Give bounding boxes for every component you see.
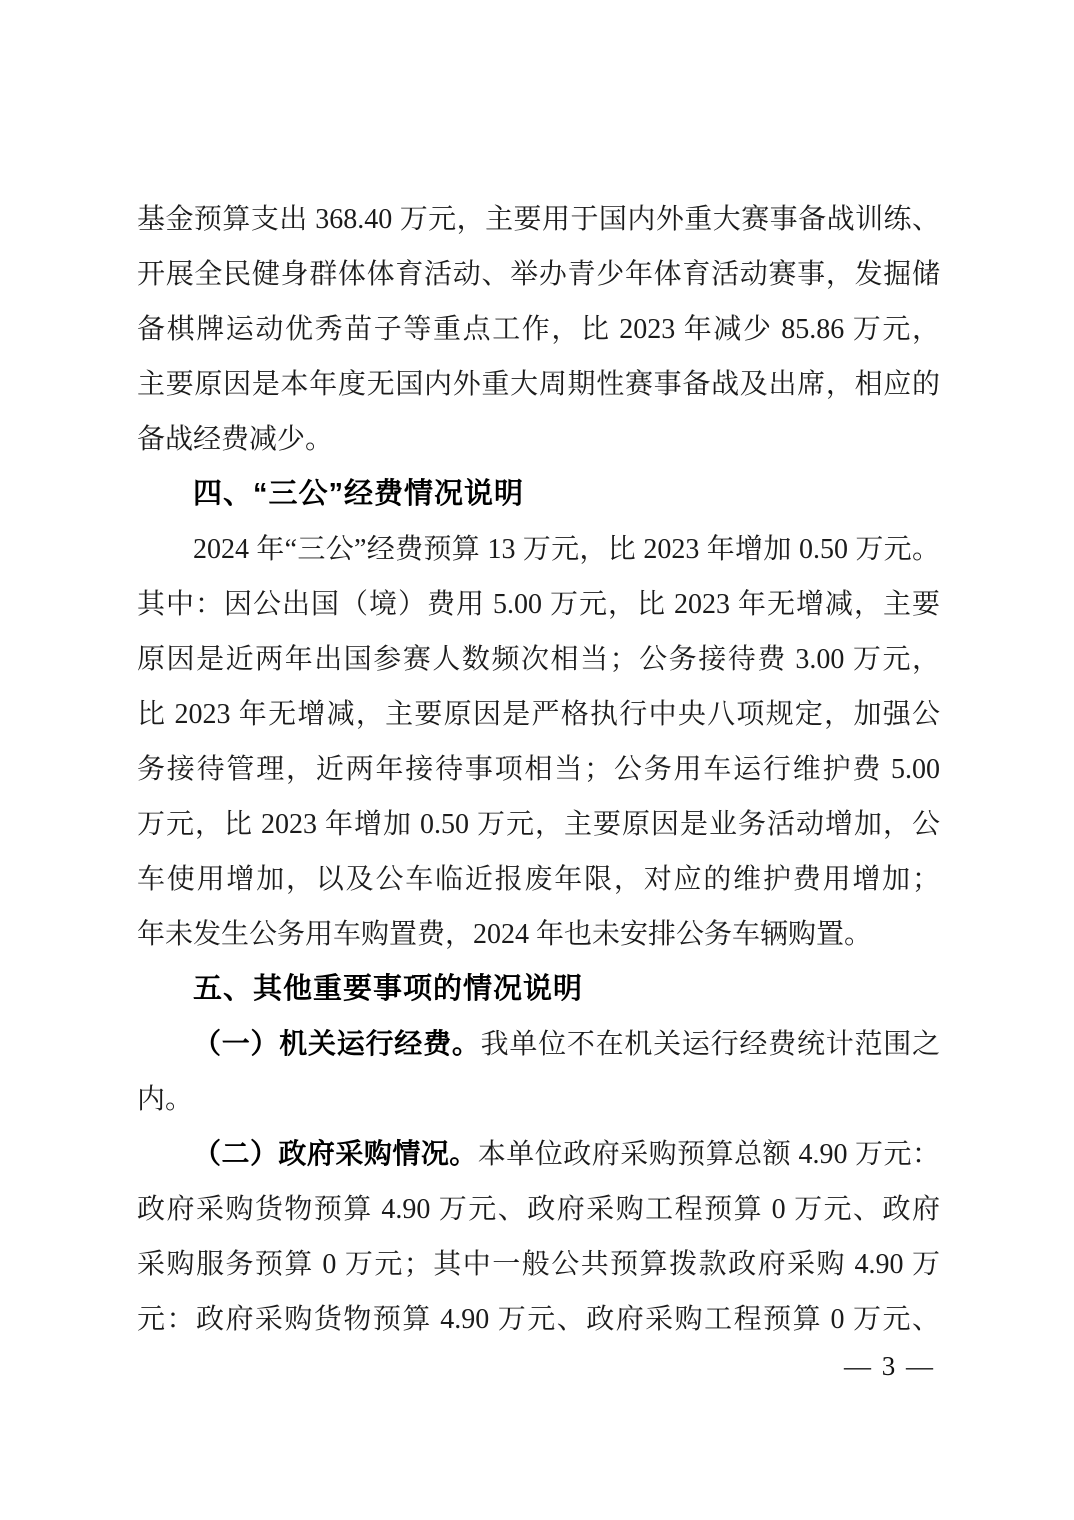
text-run: 元：政府采购货物预算 4.90 万元、政府采购工程预算 0 万元、 — [137, 1304, 940, 1335]
text-run: 本单位政府采购预算总额 4.90 万元： — [478, 1139, 940, 1170]
text-run: 车使用增加，以及公车临近报废年限，对应的维护费用增加；2023 — [137, 864, 940, 907]
text-run: 内。 — [137, 1084, 193, 1115]
text-line: 采购服务预算 0 万元；其中一般公共预算拨款政府采购 4.90 万 — [137, 1237, 940, 1292]
emphasized-run: （二）政府采购情况。 — [193, 1139, 478, 1170]
text-line: 务接待管理，近两年接待事项相当；公务用车运行维护费 5.00 — [137, 742, 940, 797]
section-heading: 四、“三公”经费情况说明 — [137, 467, 940, 522]
text-run: 主要原因是本年度无国内外重大周期性赛事备战及出席，相应的 — [137, 369, 940, 400]
text-run: 五、其他重要事项的情况说明 — [193, 973, 583, 1005]
document-body: 基金预算支出 368.40 万元，主要用于国内外重大赛事备战训练、开展全民健身群… — [137, 192, 940, 1347]
text-run: 原因是近两年出国参赛人数频次相当；公务接待费 3.00 万元， — [137, 644, 940, 675]
text-run: 基金预算支出 368.40 万元，主要用于国内外重大赛事备战训练、 — [137, 204, 940, 235]
text-line: 其中：因公出国（境）费用 5.00 万元，比 2023 年无增减，主要 — [137, 577, 940, 632]
text-line: 车使用增加，以及公车临近报废年限，对应的维护费用增加；2023 — [137, 852, 940, 907]
text-line: 万元，比 2023 年增加 0.50 万元，主要原因是业务活动增加，公 — [137, 797, 940, 852]
text-run: 年未发生公务用车购置费，2024 年也未安排公务车辆购置。 — [137, 919, 872, 950]
text-run: 备战经费减少。 — [137, 424, 333, 455]
text-run: 务接待管理，近两年接待事项相当；公务用车运行维护费 5.00 — [137, 754, 940, 785]
document-page: 基金预算支出 368.40 万元，主要用于国内外重大赛事备战训练、开展全民健身群… — [0, 0, 1074, 1520]
emphasized-run: （一）机关运行经费。 — [193, 1029, 481, 1060]
text-run: 备棋牌运动优秀苗子等重点工作，比 2023 年减少 85.86 万元， — [137, 314, 940, 345]
text-line: 内。 — [137, 1072, 940, 1127]
text-run: 开展全民健身群体体育活动、举办青少年体育活动赛事，发掘储 — [137, 259, 940, 290]
text-line: 政府采购货物预算 4.90 万元、政府采购工程预算 0 万元、政府 — [137, 1182, 940, 1237]
text-line: 开展全民健身群体体育活动、举办青少年体育活动赛事，发掘储 — [137, 247, 940, 302]
paragraph-block: 基金预算支出 368.40 万元，主要用于国内外重大赛事备战训练、开展全民健身群… — [137, 192, 940, 467]
page-number: — 3 — — [844, 1346, 935, 1386]
text-line: 元：政府采购货物预算 4.90 万元、政府采购工程预算 0 万元、 — [137, 1292, 940, 1347]
text-run: 比 2023 年无增减，主要原因是严格执行中央八项规定，加强公 — [137, 699, 940, 730]
text-line: （一）机关运行经费。我单位不在机关运行经费统计范围之 — [137, 1017, 940, 1072]
text-line: 备棋牌运动优秀苗子等重点工作，比 2023 年减少 85.86 万元， — [137, 302, 940, 357]
paragraph-block: （二）政府采购情况。本单位政府采购预算总额 4.90 万元：政府采购货物预算 4… — [137, 1127, 940, 1347]
text-line: 比 2023 年无增减，主要原因是严格执行中央八项规定，加强公 — [137, 687, 940, 742]
text-run: 万元，比 2023 年增加 0.50 万元，主要原因是业务活动增加，公 — [137, 809, 940, 840]
text-run: 政府采购货物预算 4.90 万元、政府采购工程预算 0 万元、政府 — [137, 1194, 940, 1225]
text-run: 其中：因公出国（境）费用 5.00 万元，比 2023 年无增减，主要 — [137, 589, 940, 620]
text-line: 原因是近两年出国参赛人数频次相当；公务接待费 3.00 万元， — [137, 632, 940, 687]
text-line: 2024 年“三公”经费预算 13 万元，比 2023 年增加 0.50 万元。 — [137, 522, 940, 577]
text-line: 主要原因是本年度无国内外重大周期性赛事备战及出席，相应的 — [137, 357, 940, 412]
text-line: （二）政府采购情况。本单位政府采购预算总额 4.90 万元： — [137, 1127, 940, 1182]
text-run: 2024 年“三公”经费预算 13 万元，比 2023 年增加 0.50 万元。 — [193, 534, 940, 565]
section-heading-block: 五、其他重要事项的情况说明 — [137, 962, 940, 1017]
text-line: 年未发生公务用车购置费，2024 年也未安排公务车辆购置。 — [137, 907, 940, 962]
text-run: 我单位不在机关运行经费统计范围之 — [481, 1029, 940, 1060]
text-line: 备战经费减少。 — [137, 412, 940, 467]
section-heading-block: 四、“三公”经费情况说明 — [137, 467, 940, 522]
text-run: 四、“三公”经费情况说明 — [193, 478, 524, 510]
text-line: 基金预算支出 368.40 万元，主要用于国内外重大赛事备战训练、 — [137, 192, 940, 247]
paragraph-block: 2024 年“三公”经费预算 13 万元，比 2023 年增加 0.50 万元。… — [137, 522, 940, 962]
section-heading: 五、其他重要事项的情况说明 — [137, 962, 940, 1017]
paragraph-block: （一）机关运行经费。我单位不在机关运行经费统计范围之内。 — [137, 1017, 940, 1127]
text-run: 采购服务预算 0 万元；其中一般公共预算拨款政府采购 4.90 万 — [137, 1249, 940, 1280]
